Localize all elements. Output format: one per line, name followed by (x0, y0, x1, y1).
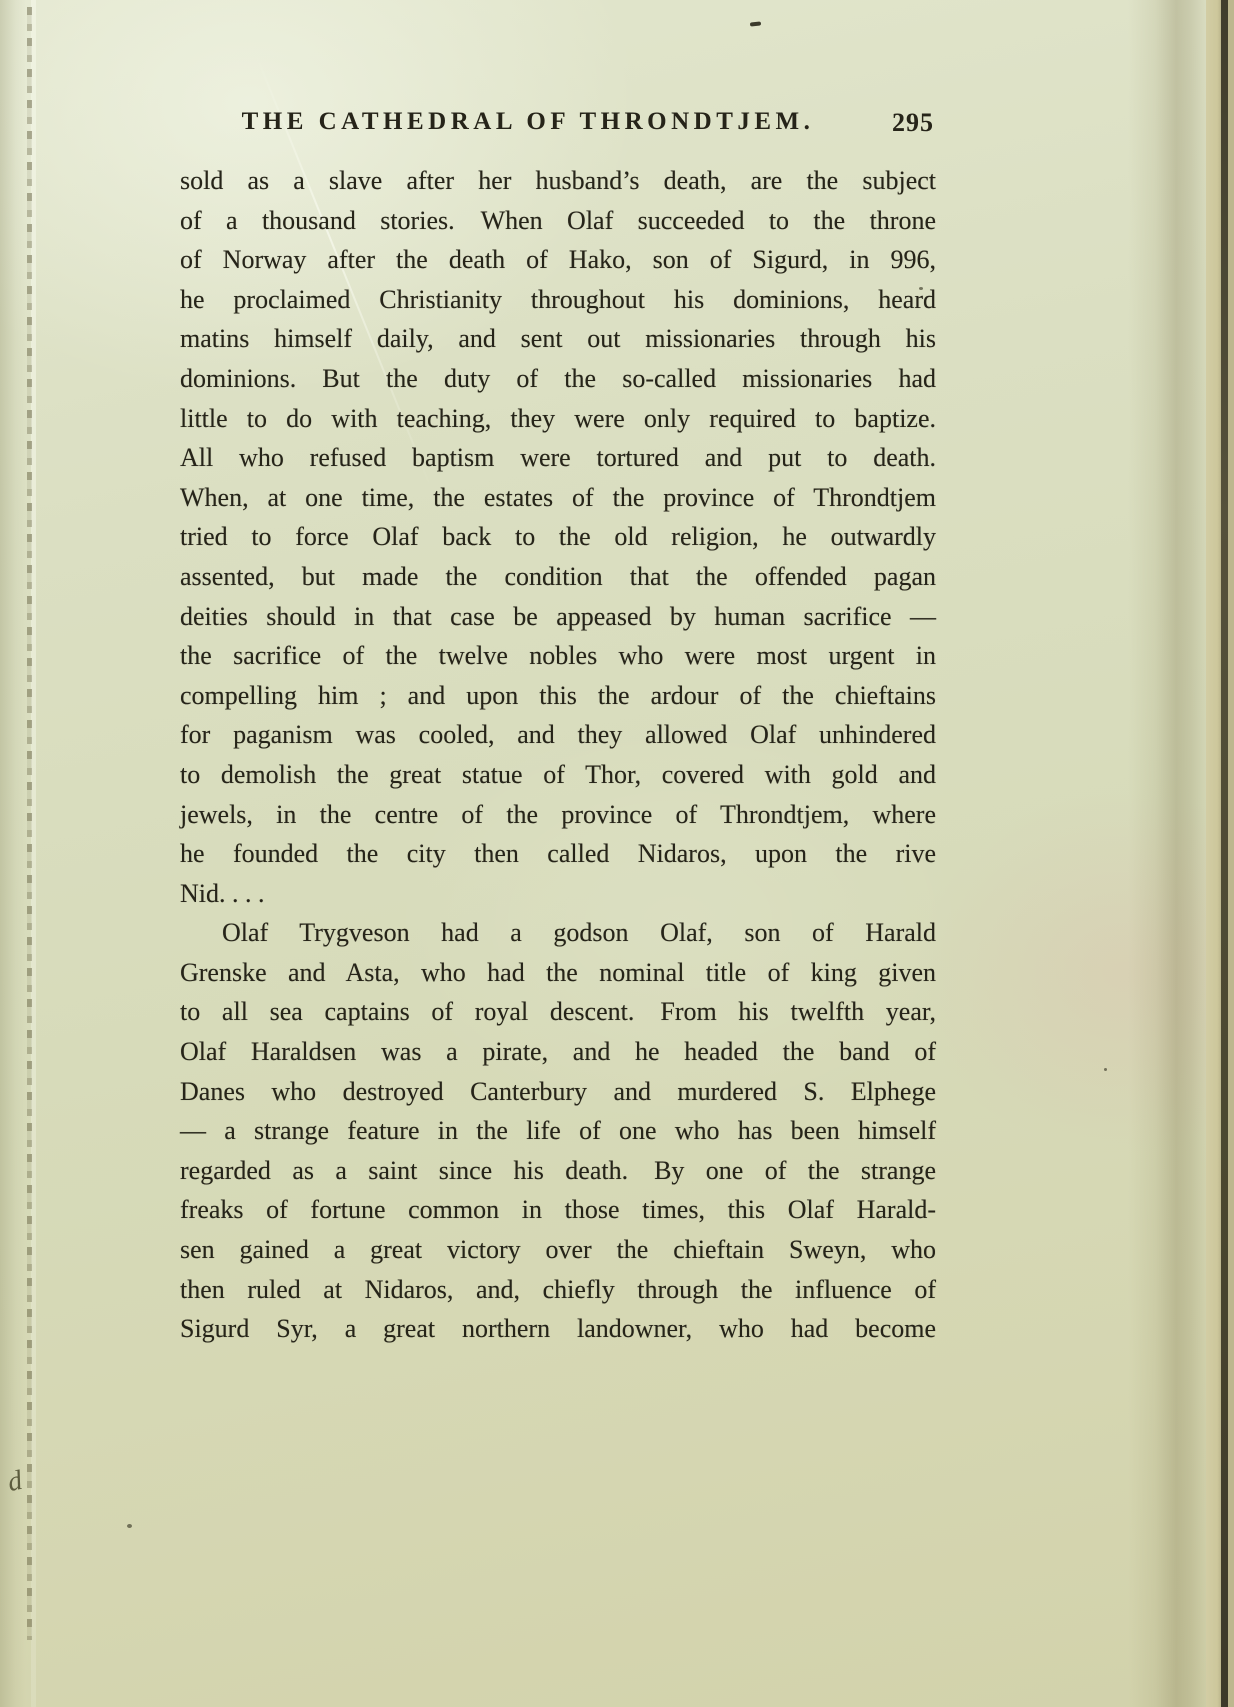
paragraph: Olaf Trygveson had a godson Olaf, son of… (180, 913, 936, 1349)
text-line: the sacrifice of the twelve nobles who w… (180, 636, 936, 676)
text-line: then ruled at Nidaros, and, chiefly thro… (180, 1270, 936, 1310)
adjacent-page-edge (1228, 0, 1234, 1707)
text-body: sold as a slave after her husband’s deat… (180, 161, 936, 1349)
text-line: assented, but made the condition that th… (180, 557, 936, 597)
text-line: sold as a slave after her husband’s deat… (180, 161, 936, 201)
text-line: jewels, in the centre of the province of… (180, 795, 936, 835)
text-line: Olaf Haraldsen was a pirate, and he head… (180, 1032, 936, 1072)
text-line: to all sea captains of royal descent. Fr… (180, 992, 936, 1032)
text-line: he proclaimed Christianity throughout hi… (180, 280, 936, 320)
text-line: When, at one time, the estates of the pr… (180, 478, 936, 518)
text-line: sen gained a great victory over the chie… (180, 1230, 936, 1270)
text-line: to demolish the great statue of Thor, co… (180, 755, 936, 795)
text-line: Grenske and Asta, who had the nominal ti… (180, 953, 936, 993)
text-line: compelling him ; and upon this the ardou… (180, 676, 936, 716)
text-line: little to do with teaching, they were on… (180, 399, 936, 439)
text-line: Sigurd Syr, a great northern landowner, … (180, 1309, 936, 1349)
text-line: Danes who destroyed Canterbury and murde… (180, 1072, 936, 1112)
text-line: — a strange feature in the life of one w… (180, 1111, 936, 1151)
paragraph: sold as a slave after her husband’s deat… (180, 161, 936, 913)
page-edge-line (1221, 0, 1228, 1707)
page-edge-strip (1206, 0, 1222, 1707)
text-line: freaks of fortune common in those times,… (180, 1190, 936, 1230)
text-line: deities should in that case be appeased … (180, 597, 936, 637)
paper-speck (1104, 1068, 1107, 1071)
text-line: All who refused baptism were tortured an… (180, 438, 936, 478)
page-title: THE CATHEDRAL OF THRONDTJEM. (180, 108, 876, 136)
text-line: tried to force Olaf back to the old reli… (180, 517, 936, 557)
text-line: he founded the city then called Nidaros,… (180, 834, 936, 874)
text-line: regarded as a saint since his death. By … (180, 1151, 936, 1191)
spine-stitch-marks (27, 0, 32, 1640)
text-line: dominions. But the duty of the so-called… (180, 359, 936, 399)
text-line: of a thousand stories. When Olaf succeed… (180, 201, 936, 241)
left-page-shadow (0, 0, 26, 1707)
text-line: Olaf Trygveson had a godson Olaf, son of… (180, 913, 936, 953)
text-line: matins himself daily, and sent out missi… (180, 319, 936, 359)
gutter-shadow (1128, 0, 1206, 1707)
page-number: 295 (892, 108, 934, 138)
text-line: of Norway after the death of Hako, son o… (180, 240, 936, 280)
text-line: Nid. . . . (180, 874, 936, 914)
stray-ink-mark (750, 21, 761, 26)
running-head: THE CATHEDRAL OF THRONDTJEM. 295 (180, 108, 936, 142)
scanned-book-page: d THE CATHEDRAL OF THRONDTJEM. 295 sold … (0, 0, 1234, 1707)
paper-speck (127, 1524, 132, 1528)
text-line: for paganism was cooled, and they allowe… (180, 715, 936, 755)
